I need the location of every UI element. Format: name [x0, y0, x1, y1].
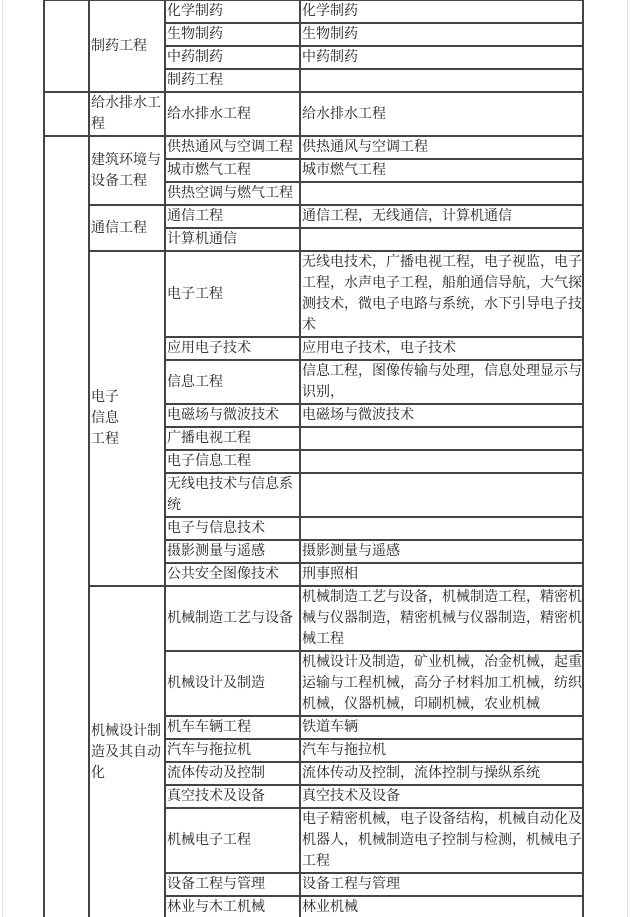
related-cell: 电磁场与微波技术 [300, 404, 583, 427]
major-cell: 电磁场与微波技术 [165, 404, 300, 427]
related-cell [300, 228, 583, 251]
major-cell: 汽车与拖拉机 [165, 739, 300, 762]
major-cell: 公共安全图像技术 [165, 563, 300, 586]
category-cell: 给水排水工程 [89, 92, 165, 136]
discipline-cell [44, 0, 89, 92]
major-cell: 电子与信息技术 [165, 517, 300, 540]
related-cell: 无线电技术，广播电视工程，电子视监，电子工程，水声电子工程，船舶通信导航，大气探… [300, 251, 583, 337]
major-cell: 通信工程 [165, 205, 300, 228]
major-cell: 计算机通信 [165, 228, 300, 251]
related-cell: 流体传动及控制，流体控制与操纵系统 [300, 762, 583, 785]
related-cell [300, 427, 583, 450]
major-cell: 真空技术及设备 [165, 785, 300, 808]
major-cell: 供热空调与燃气工程 [165, 182, 300, 205]
major-cell: 无线电技术与信息系统 [165, 473, 300, 517]
related-cell: 刑事照相 [300, 563, 583, 586]
major-cell: 城市燃气工程 [165, 159, 300, 182]
page-left-edge [2, 0, 3, 917]
page-right-edge [627, 0, 628, 917]
related-cell: 电子精密机械，电子设备结构，机械自动化及机器人，机械制造电子控制与检测，机械电子… [300, 808, 583, 873]
related-cell: 信息工程，图像传输与处理，信息处理显示与识别， [300, 360, 583, 404]
major-cell: 制药工程 [165, 69, 300, 92]
table-row: 给水排水工程 给水排水工程 给水排水工程 [44, 92, 583, 136]
table-row: 建筑环境与设备工程 供热通风与空调工程 供热通风与空调工程 [44, 136, 583, 159]
related-cell: 供热通风与空调工程 [300, 136, 583, 159]
category-line: 工程 [91, 429, 164, 450]
major-cell: 广播电视工程 [165, 427, 300, 450]
related-cell: 中药制药 [300, 46, 583, 69]
related-cell: 机械制造工艺与设备，机械制造工程，精密机械与仪器制造，精密机械与仪器制造，精密机… [300, 586, 583, 651]
related-cell: 林业机械 [300, 896, 583, 917]
table-row: 电子 信息 工程 电子工程 无线电技术，广播电视工程，电子视监，电子工程，水声电… [44, 251, 583, 337]
major-cell: 生物制药 [165, 23, 300, 46]
related-cell: 真空技术及设备 [300, 785, 583, 808]
major-cell: 机械设计及制造 [165, 651, 300, 716]
major-cell: 中药制药 [165, 46, 300, 69]
related-cell: 摄影测量与遥感 [300, 540, 583, 563]
major-cell: 电子信息工程 [165, 450, 300, 473]
discipline-cell [44, 92, 89, 136]
major-cell: 机械制造工艺与设备 [165, 586, 300, 651]
related-cell [300, 69, 583, 92]
related-cell: 生物制药 [300, 23, 583, 46]
major-cell: 电子工程 [165, 251, 300, 337]
category-cell: 建筑环境与设备工程 [89, 136, 165, 205]
major-cell: 林业与木工机械 [165, 896, 300, 917]
category-cell: 电子 信息 工程 [89, 251, 165, 586]
major-cell: 应用电子技术 [165, 337, 300, 360]
major-cell: 设备工程与管理 [165, 873, 300, 896]
major-cell: 信息工程 [165, 360, 300, 404]
related-cell [300, 182, 583, 205]
category-line: 电子 [91, 387, 164, 408]
major-cell: 流体传动及控制 [165, 762, 300, 785]
related-cell: 铁道车辆 [300, 716, 583, 739]
major-cell: 化学制药 [165, 0, 300, 23]
related-cell: 城市燃气工程 [300, 159, 583, 182]
table-row: 通信工程 通信工程 通信工程，无线通信，计算机通信 [44, 205, 583, 228]
related-cell [300, 450, 583, 473]
major-catalog-table: 制药工程 化学制药 化学制药 生物制药 生物制药 中药制药 中药制药 制药工程 … [43, 0, 584, 917]
related-cell: 设备工程与管理 [300, 873, 583, 896]
category-line: 信息 [91, 408, 164, 429]
related-cell: 给水排水工程 [300, 92, 583, 136]
related-cell: 化学制药 [300, 0, 583, 23]
related-cell: 汽车与拖拉机 [300, 739, 583, 762]
related-cell: 通信工程，无线通信，计算机通信 [300, 205, 583, 228]
category-cell: 通信工程 [89, 205, 165, 251]
major-cell: 供热通风与空调工程 [165, 136, 300, 159]
category-cell: 制药工程 [89, 0, 165, 92]
major-cell: 机车车辆工程 [165, 716, 300, 739]
category-cell: 机械设计制造及其自动化 [89, 586, 165, 917]
related-cell: 机械设计及制造，矿业机械，冶金机械，起重运输与工程机械，高分子材料加工机械，纺织… [300, 651, 583, 716]
related-cell: 应用电子技术，电子技术 [300, 337, 583, 360]
discipline-cell [44, 136, 89, 917]
major-cell: 给水排水工程 [165, 92, 300, 136]
related-cell [300, 473, 583, 517]
table-row: 制药工程 化学制药 化学制药 [44, 0, 583, 23]
related-cell [300, 517, 583, 540]
major-cell: 机械电子工程 [165, 808, 300, 873]
table-row: 机械设计制造及其自动化 机械制造工艺与设备 机械制造工艺与设备，机械制造工程，精… [44, 586, 583, 651]
major-cell: 摄影测量与遥感 [165, 540, 300, 563]
